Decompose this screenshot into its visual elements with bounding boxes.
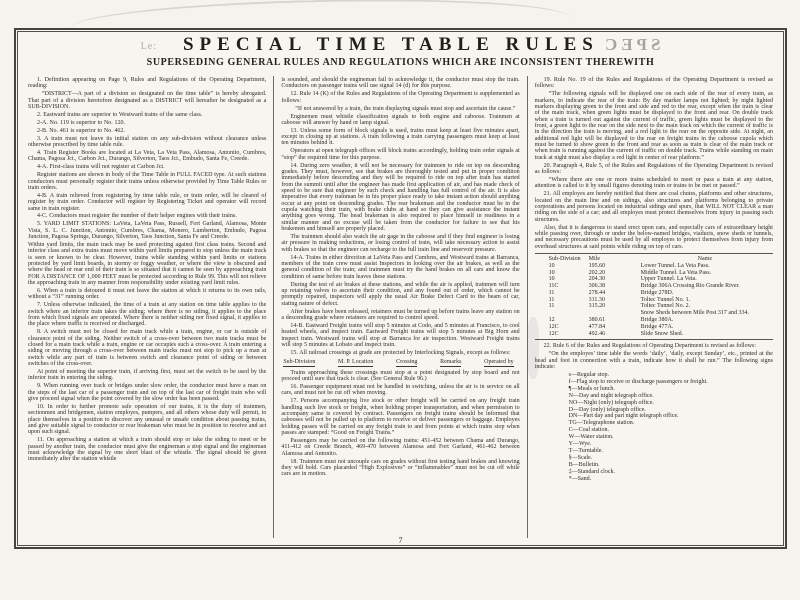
structures-header-name: Name [641,256,773,263]
rule-paragraph: 10. In order to further promote safe ope… [28,404,266,436]
cell-mile: 477.84 [589,324,641,331]
column-right: 19. Rule No. 19 of the Rules and Regulat… [527,76,780,538]
rule-paragraph: 4. Train Register Books are located at L… [28,150,266,163]
sign-definition: N—Day and night telegraph office. [569,393,773,400]
middle-paragraphs-bottom: Trains approaching these crossings must … [281,370,519,478]
cell-mile [589,310,641,317]
cell-mile: 204.30 [589,276,641,283]
rule-paragraph: 2-A. No. 119 is superior to No. 120. [28,120,266,126]
crossing-table-header: Remarks [440,359,461,367]
rule-paragraph: 20. Paragraph 4, Rule 5, of the Rules an… [535,163,773,176]
rule-paragraph: The trainmen should also watch the air g… [281,234,519,253]
cell-subdivision: 10 [535,276,589,283]
page-title: SPECIAL TIME TABLE RULES [183,34,599,56]
cell-name: Upper Tunnel. La Veta. [641,276,773,283]
sign-definition: DN—Part day and part night telegraph off… [569,413,773,420]
cell-name: Bridge 278D. [641,290,773,297]
rule-paragraph: 18. Trainmen must not uncouple cars on g… [281,459,519,478]
crossing-table-header-row: Sub-DivisionM. P. LocationCrossingRemark… [281,358,519,367]
rule-paragraph: 14-A. Trains in either direction at LaVe… [281,255,519,280]
sign-definition: B—Bulletin. [569,462,773,469]
table-row: 12 380.61 Bridge 380A. [535,317,773,324]
table-row: Snow Sheds between Mile Post 317 and 334… [535,310,773,317]
rule-paragraph: 7. Unless otherwise indicated, the time … [28,302,266,327]
rule-paragraph: 5. YARD LIMIT STATIONS: LaVeta, LaVeta P… [28,221,266,240]
overhead-structures-table: Sub-Division Mile Name 10 195.60 Lower T… [535,253,773,341]
sign-definition: NO—Night (only) telegraph office. [569,400,773,407]
cell-name: Bridge 380A. [641,317,773,324]
rule-paragraph: 4-C. Conductors must register the number… [28,213,266,219]
middle-paragraphs-top: is sounded, and should the engineman fai… [281,77,519,356]
cell-name: Bridge 477A. [641,324,773,331]
cell-subdivision: 12C [535,324,589,331]
sign-definition: TG—Telegraphone station. [569,420,773,427]
table-row: 10 202.20 Middle Tunnel. La Veta Pass. [535,270,773,277]
rule-paragraph: 4-B. A train relieved from registering b… [28,193,266,212]
table-row: 11 315.20 Toltec Tunnel No. 2. [535,303,773,310]
rule-paragraph: Trains approaching these crossings must … [281,370,519,383]
sign-definition: T—Turntable. [569,448,773,455]
sign-definition: f—Flag stop to receive or discharge pass… [569,379,773,386]
margin-note-text: Le: [141,41,157,52]
rule-paragraph: After brakes have been released, retaine… [281,309,519,322]
sign-definition: *—Sand. [569,476,773,483]
rule-paragraph: 21. All employes are hereby notified tha… [535,191,773,223]
sign-definition: C—Coal station. [569,427,773,434]
cell-subdivision: 11 [535,297,589,304]
sign-definition: §—Scale. [569,455,773,462]
cell-subdivision: 10 [535,263,589,270]
cell-mile: 311.30 [589,297,641,304]
rule-paragraph: 11. On approaching a station at which a … [28,437,266,462]
rule-paragraph: 9. When running over track or bridges un… [28,383,266,402]
table-row: 11C 306.38 Bridge 306A Crossing Rio Gran… [535,283,773,290]
rule-paragraph: Passengers may be carried on the followi… [281,438,519,457]
cell-subdivision [535,310,589,317]
text-columns: 1. Definition appearing on Page 9, Rules… [21,76,780,538]
cell-name: Bridge 306A Crossing Rio Grande River. [641,283,773,290]
cell-name: Slide Snow Shed. [641,331,773,338]
rule-paragraph: 3. A train must not leave its initial st… [28,136,266,149]
cell-name: Snow Sheds between Mile Post 317 and 334… [641,310,773,317]
crossing-table-header: M. P. Location [338,359,373,367]
crossing-table-header: Operated by [484,359,514,367]
table-row: 12C 492.46 Slide Snow Shed. [535,331,773,338]
cell-mile: 195.60 [589,263,641,270]
rule-paragraph: 4-A. First-class trains will not registe… [28,164,266,170]
cell-subdivision: 10 [535,270,589,277]
cell-name: Toltec Tunnel No. 2. [641,303,773,310]
cell-name: Toltec Tunnel No. 1. [641,297,773,304]
column-middle: is sounded, and should the engineman fai… [273,76,526,538]
cell-mile: 202.20 [589,270,641,277]
rule-paragraph: 6. When a train is detoured it must not … [28,288,266,301]
rule-paragraph: 2. Eastward trains are superior to Westw… [28,112,266,118]
rule-paragraph: At point of meeting the superior train, … [28,369,266,382]
crossing-table-header: Sub-Division [283,359,315,367]
rule-paragraph: Within yard limits, the main track may b… [28,242,266,286]
table-row: 10 195.60 Lower Tunnel. La Veta Pass. [535,263,773,270]
sign-definition: ‡—Standard clock. [569,469,773,476]
rule-paragraph: 13. Unless some form of block signals is… [281,128,519,147]
rule-paragraph: “On the employes’ time table the words ‘… [535,351,773,370]
sign-definition: Y—Wye. [569,441,773,448]
right-paragraphs-mid: 22. Rule 6 of the Rules and Regulations … [535,343,773,370]
cell-mile: 278.44 [589,290,641,297]
rule-paragraph: is sounded, and should the engineman fai… [281,77,519,90]
page-number: 7 [16,536,785,545]
rule-paragraph: 14. During zero weather, it will not be … [281,163,519,233]
pencil-smudge [527,317,539,379]
rule-paragraph: 17. Persons accompanying live stock or o… [281,398,519,436]
rule-paragraph: Register stations are shown in body of t… [28,172,266,191]
rule-paragraph: Operators at open telegraph offices will… [281,148,519,161]
rule-paragraph: 1. Definition appearing on Page 9, Rules… [28,77,266,90]
rule-paragraph: 19. Rule No. 19 of the Rules and Regulat… [535,77,773,90]
rule-paragraph: 2-B. No. 461 is superior to No. 462. [28,128,266,134]
timetable-signs-list: s—Regular stop.f—Flag stop to receive or… [569,372,773,483]
cell-subdivision: 11 [535,290,589,297]
cell-mile: 315.20 [589,303,641,310]
crossing-table-header: Crossing [396,359,417,367]
sign-definition: s—Regular stop. [569,372,773,379]
cell-subdivision: 11C [535,283,589,290]
right-paragraphs-top: 19. Rule No. 19 of the Rules and Regulat… [535,77,773,250]
table-row: 11 311.30 Toltec Tunnel No. 1. [535,297,773,304]
cell-subdivision: 11 [535,303,589,310]
page-subtitle: SUPERSEDING GENERAL RULES AND REGULATION… [16,57,785,68]
cell-mile: 380.61 [589,317,641,324]
rule-paragraph: 14-B. Eastward Freight trains will stop … [281,323,519,348]
rule-paragraph: Also, that it is dangerous to stand erec… [535,225,773,250]
rule-paragraph: 22. Rule 6 of the Rules and Regulations … [535,343,773,349]
cell-mile: 306.38 [589,283,641,290]
sign-definition: ¶—Meals or lunch. [569,386,773,393]
structures-header-subdivision: Sub-Division [535,256,589,263]
rule-paragraph: “Where there are one or more trains sche… [535,177,773,190]
structures-table-header-row: Sub-Division Mile Name [535,256,773,263]
rule-paragraph: During the test of air brakes at these s… [281,282,519,307]
structures-table-body: 10 195.60 Lower Tunnel. La Veta Pass. 10… [535,263,773,338]
sign-definition: W—Water station. [569,434,773,441]
table-row: 10 204.30 Upper Tunnel. La Veta. [535,276,773,283]
rule-paragraph: 8. A switch must not be closed for main … [28,329,266,367]
rule-paragraph: “DISTRICT—A part of a division so design… [28,91,266,110]
rule-paragraph: “The following signals will be displayed… [535,91,773,161]
masthead: Le:SPECIAL TIME TABLE RULESSPEC SUPERSED… [16,34,785,68]
rule-paragraph: 15. All railroad crossings at grade are … [281,350,519,356]
page-border-frame: Le:SPECIAL TIME TABLE RULESSPEC SUPERSED… [14,28,787,549]
rule-paragraph: 16. Passenger equipment must not be hand… [281,384,519,397]
cell-subdivision: 12C [535,331,589,338]
rule-paragraph: 12. Rule 14 (K) of the Rules and Regulat… [281,91,519,104]
column-left: 1. Definition appearing on Page 9, Rules… [21,76,273,538]
cell-subdivision: 12 [535,317,589,324]
structures-header-mile: Mile [589,256,641,263]
cell-name: Lower Tunnel. La Veta Pass. [641,263,773,270]
rule-paragraph: “If not answered by a train, the train d… [281,106,519,112]
table-row: 11 278.44 Bridge 278D. [535,290,773,297]
mirrored-ink-offset-text: SPEC [601,35,660,55]
cell-mile: 492.46 [589,331,641,338]
table-row: 12C 477.84 Bridge 477A. [535,324,773,331]
cell-name: Middle Tunnel. La Veta Pass. [641,270,773,277]
rule-paragraph: Enginemen must whistle classification si… [281,114,519,127]
